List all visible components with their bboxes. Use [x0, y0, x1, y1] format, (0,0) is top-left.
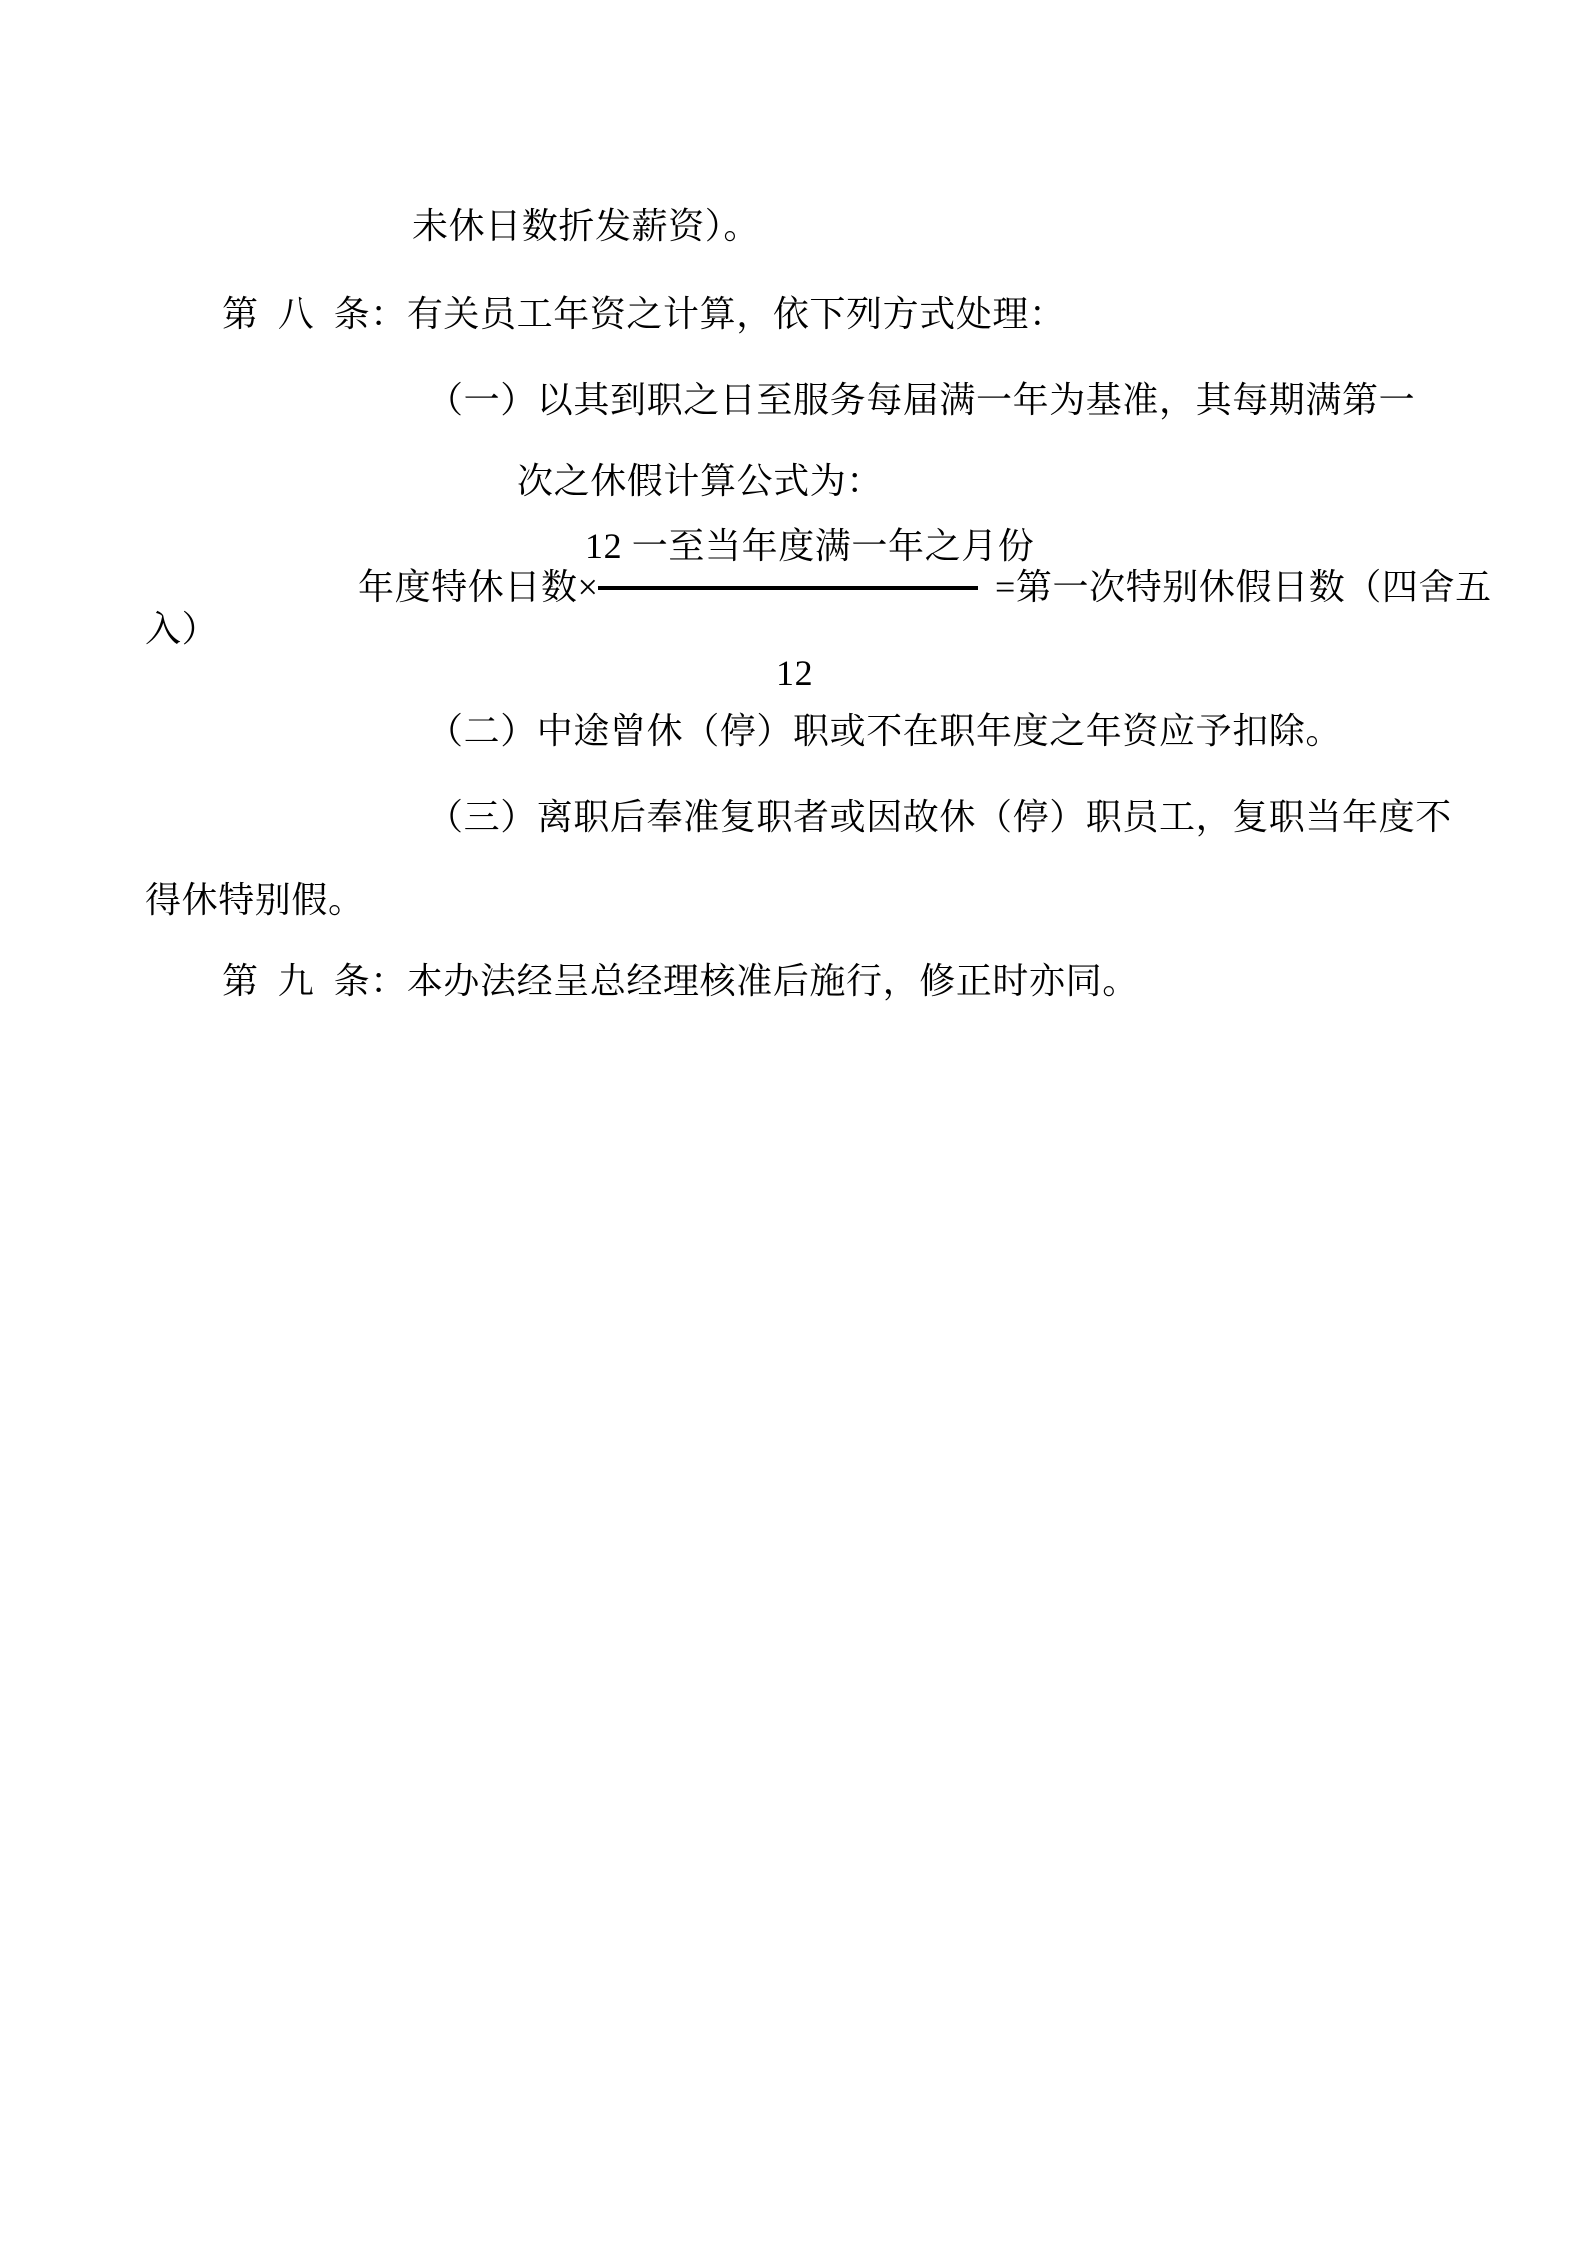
article-9-line: 第 九 条：本办法经呈总经理核准后施行，修正时亦同。 — [222, 961, 1139, 1002]
document-page: 未休日数折发薪资）。 第 八 条：有关员工年资之计算，依下列方式处理： （一）以… — [0, 0, 1587, 2245]
article-9-text: 本办法经呈总经理核准后施行，修正时亦同。 — [407, 961, 1139, 1001]
formula-rhs-wrap: 入） — [145, 609, 218, 650]
carryover-line: 未休日数折发薪资）。 — [412, 206, 760, 247]
article-9-label: 第 九 条： — [222, 961, 407, 1001]
formula-rhs: =第一次特别休假日数（四舍五 — [995, 567, 1492, 608]
item1-line2: 次之休假计算公式为： — [517, 461, 883, 502]
item2-line: （二）中途曾休（停）职或不在职年度之年资应予扣除。 — [427, 711, 1342, 752]
article-8-text: 有关员工年资之计算，依下列方式处理： — [407, 294, 1066, 334]
formula-lhs: 年度特休日数× — [358, 567, 599, 608]
item1-line1: （一）以其到职之日至服务每届满一年为基准，其每期满第一 — [427, 380, 1415, 421]
article-8-label: 第 八 条： — [222, 294, 407, 334]
fraction-bar — [598, 586, 978, 590]
article-8-line: 第 八 条：有关员工年资之计算，依下列方式处理： — [222, 294, 1066, 335]
formula-numerator: 12 一至当年度满一年之月份 — [585, 526, 1034, 567]
item3-line2: 得休特别假。 — [145, 880, 365, 921]
item3-line1: （三）离职后奉准复职者或因故休（停）职员工，复职当年度不 — [427, 797, 1452, 838]
formula-denominator: 12 — [776, 653, 813, 694]
